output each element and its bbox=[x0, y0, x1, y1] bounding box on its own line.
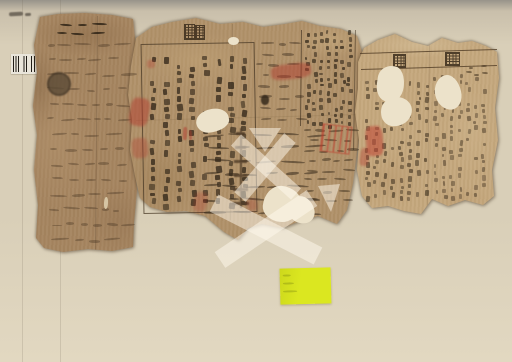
fragment-right bbox=[0, 0, 512, 362]
right-columns-a bbox=[0, 0, 512, 362]
square-red-seal bbox=[319, 123, 352, 154]
sticker-text bbox=[280, 267, 331, 268]
paper-hole bbox=[375, 64, 407, 103]
fragment-right-paper bbox=[0, 0, 512, 362]
left-heading-cursive bbox=[0, 0, 512, 362]
fragment-center-paper bbox=[0, 0, 512, 362]
paper-crease bbox=[136, 114, 360, 121]
barcode-gap bbox=[28, 56, 30, 72]
red-seal-smear bbox=[131, 137, 149, 159]
paper-hole bbox=[228, 37, 239, 45]
sticker-faint-mark bbox=[283, 290, 297, 292]
ruled-line bbox=[360, 49, 497, 54]
left-cursive-lines bbox=[0, 0, 512, 362]
right-columns-b bbox=[0, 0, 512, 362]
red-stroke bbox=[183, 127, 188, 140]
paper-hole bbox=[104, 197, 109, 209]
ruled-line bbox=[300, 30, 302, 126]
paper-hole bbox=[380, 95, 414, 127]
register-columns-left bbox=[0, 0, 512, 362]
pagoda-ink-motif bbox=[232, 128, 249, 208]
manuscript-photo-stage bbox=[0, 0, 512, 362]
center-cursive-zone bbox=[0, 0, 512, 362]
fragment-center bbox=[0, 0, 512, 362]
paper-hole bbox=[194, 106, 230, 134]
barcode-label bbox=[11, 54, 37, 74]
paper-holes-layer bbox=[0, 0, 512, 362]
ink-marks-layer bbox=[0, 0, 512, 362]
red-streak bbox=[359, 147, 370, 166]
right-tiny-row bbox=[0, 0, 512, 362]
red-seal-smear bbox=[270, 62, 312, 82]
red-stroke bbox=[189, 130, 193, 140]
paper-crease bbox=[230, 24, 233, 220]
round-ink-seal bbox=[47, 72, 71, 96]
barcode-bars bbox=[13, 56, 35, 72]
ruled-line bbox=[361, 65, 497, 70]
shelfmark-stroke bbox=[25, 13, 31, 16]
header-glyph bbox=[445, 52, 460, 66]
manuscript-fragments bbox=[0, 0, 512, 362]
red-dab bbox=[147, 60, 155, 68]
board-seam-line bbox=[60, 0, 61, 362]
ruled-line bbox=[353, 30, 356, 150]
printed-register-frame bbox=[141, 42, 258, 214]
red-seal-patch bbox=[365, 125, 385, 156]
paper-hole bbox=[285, 193, 317, 227]
cursive-under-register bbox=[0, 0, 512, 362]
header-glyph bbox=[393, 54, 406, 68]
header-glyph bbox=[195, 25, 205, 40]
paper-crease bbox=[427, 44, 430, 205]
shelfmark-stroke bbox=[9, 12, 23, 17]
sticker-faint-mark bbox=[283, 274, 291, 276]
paper-hole bbox=[262, 184, 303, 223]
idp-watermark bbox=[0, 0, 512, 362]
large-mid-cursive bbox=[0, 0, 512, 362]
sticker-faint-mark bbox=[283, 282, 294, 284]
register-columns-dense bbox=[0, 0, 512, 362]
red-seal-smear bbox=[128, 97, 152, 128]
paper-crease bbox=[95, 16, 98, 250]
red-smudge bbox=[246, 198, 258, 212]
backing-board bbox=[0, 0, 512, 362]
red-smudge bbox=[192, 191, 209, 213]
fragment-left-paper bbox=[0, 0, 512, 362]
yellow-sticker bbox=[280, 267, 332, 304]
ink-blob bbox=[261, 95, 269, 105]
barcode-gap bbox=[20, 56, 22, 72]
paper-hole bbox=[432, 73, 465, 113]
fragment-left bbox=[0, 0, 512, 362]
header-glyph bbox=[184, 24, 195, 40]
